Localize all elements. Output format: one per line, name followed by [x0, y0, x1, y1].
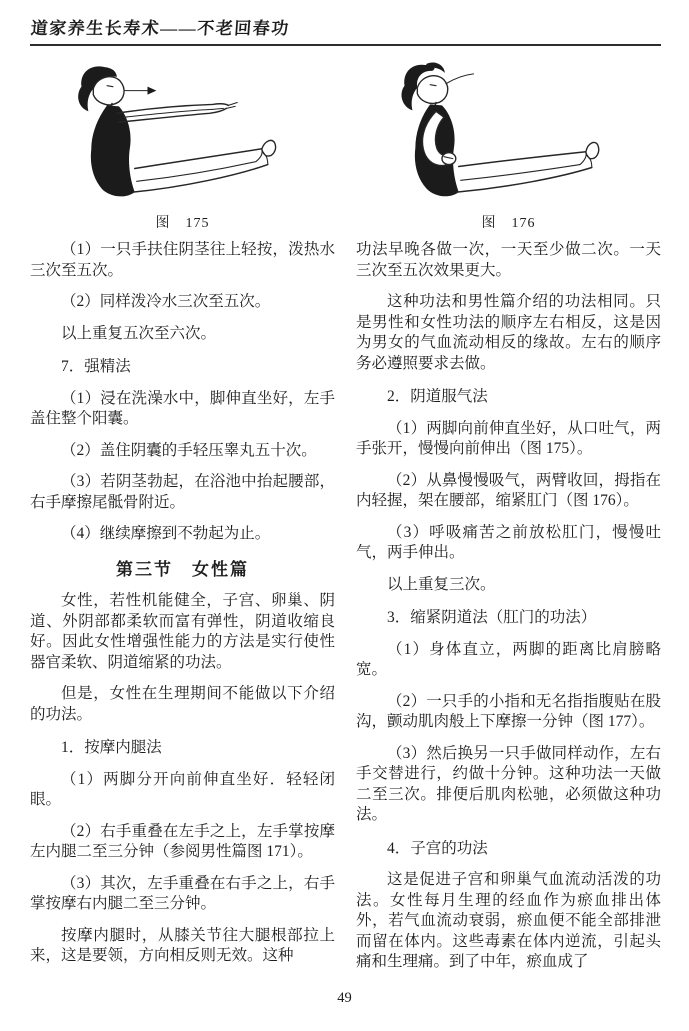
paragraph: 以上重复五次至六次。	[30, 324, 335, 345]
paragraph: （3）若阴茎勃起，在浴池中抬起腰部，右手摩擦尾骶骨附近。	[30, 472, 335, 513]
paragraph: 按摩内腿时，从膝关节往大腿根部拉上来，这是要领，方向相反则无效。这种	[30, 926, 335, 967]
paragraph: 以上重复三次。	[356, 575, 661, 596]
breath-line	[445, 74, 473, 84]
two-column-body: 图 175 （1）一只手扶住阴茎往上轻按，泼热水三次至五次。（2）同样泼冷水三次…	[30, 58, 661, 973]
method-heading: 3．缩紧阴道法（肛门的功法）	[356, 608, 661, 629]
left-column-text: （1）一只手扶住阴茎往上轻按，泼热水三次至五次。（2）同样泼冷水三次至五次。以上…	[30, 240, 335, 967]
left-column: 图 175 （1）一只手扶住阴茎往上轻按，泼热水三次至五次。（2）同样泼冷水三次…	[30, 58, 335, 973]
paragraph: （2）盖住阴囊的手轻压睾丸五十次。	[30, 441, 335, 462]
paragraph: （2）同样泼冷水三次至五次。	[30, 292, 335, 313]
paragraph: （1）身体直立，两脚的距离比肩膀略宽。	[356, 640, 661, 681]
figure-175-illustration	[45, 60, 321, 208]
right-column-text: 功法早晚各做一次，一天至少做二次。一天三次至五次效果更大。这种功法和男性篇介绍的…	[356, 240, 661, 973]
paragraph: 这种功法和男性篇介绍的功法相同。只是男性和女性功法的顺序左右相反，这是因为男女的…	[356, 292, 661, 374]
paragraph: 女性，若性机能健全，子宫、卵巢、阴道、外阴部都柔软而富有弹性，阴道收缩良好。因此…	[30, 591, 335, 673]
section-heading: 第三节 女性篇	[30, 560, 335, 581]
paragraph: 但是，女性在生理期间不能做以下介绍的功法。	[30, 684, 335, 725]
figure-175-block: 图 175	[30, 60, 335, 234]
page-header: 道家养生长寿术——不老回春功	[30, 14, 661, 46]
method-heading: 1．按摩内腿法	[30, 738, 335, 759]
running-head-title: 道家养生长寿术——不老回春功	[30, 14, 663, 39]
woman-seated-hands-at-waist-drawing	[401, 62, 598, 196]
paragraph: （2）一只手的小指和无名指指腹贴在股沟，颤动肌肉般上下摩擦一分钟（图 177）。	[356, 692, 661, 733]
figure-176-block: 图 176	[356, 60, 661, 234]
paragraph: （3）呼吸痛苦之前放松肛门，慢慢吐气，两手伸出。	[356, 523, 661, 564]
header-rule	[30, 44, 661, 46]
exhale-arrow-icon	[124, 87, 156, 95]
paragraph: （2）从鼻慢慢吸气，两臂收回，拇指在内轻握，架在腰部，缩紧肛门（图 176）。	[356, 471, 661, 512]
paragraph: （3）其次，左手重叠在右手之上，右手掌按摩右内腿二至三分钟。	[30, 874, 335, 915]
paragraph: 功法早晚各做一次，一天至少做二次。一天三次至五次效果更大。	[356, 240, 661, 281]
figure-176-caption: 图 176	[356, 212, 661, 232]
paragraph: （1）两脚分开向前伸直坐好．轻轻闭眼。	[30, 770, 335, 811]
method-heading: 7．强精法	[30, 357, 335, 378]
book-page: 道家养生长寿术——不老回春功	[0, 0, 689, 1031]
method-heading: 2．阴道服气法	[356, 387, 661, 408]
figure-176-illustration	[371, 60, 647, 208]
page-number: 49	[0, 990, 689, 1007]
paragraph: （4）继续摩擦到不勃起为止。	[30, 524, 335, 545]
figure-175-caption: 图 175	[30, 212, 335, 232]
paragraph: （1）浸在洗澡水中，脚伸直坐好，左手盖住整个阳囊。	[30, 389, 335, 430]
paragraph: （2）右手重叠在左手之上，左手掌按摩左内腿二至三分钟（参阅男性篇图 171）。	[30, 822, 335, 863]
paragraph: （3）然后换另一只手做同样动作，左右手交替进行，约做十分钟。这种功法一天做二至三…	[356, 744, 661, 826]
paragraph: （1）一只手扶住阴茎往上轻按，泼热水三次至五次。	[30, 240, 335, 281]
right-column: 图 176 功法早晚各做一次，一天至少做二次。一天三次至五次效果更大。这种功法和…	[356, 58, 661, 973]
paragraph: （1）两脚向前伸直坐好，从口吐气，两手张开，慢慢向前伸出（图 175）。	[356, 419, 661, 460]
paragraph: 这是促进子宫和卵巢气血流动活泼的功法。女性每月生理的经血作为瘀血排出体外，若气血…	[356, 870, 661, 973]
method-heading: 4．子宫的功法	[356, 839, 661, 860]
woman-seated-arms-extended-drawing	[78, 66, 275, 196]
